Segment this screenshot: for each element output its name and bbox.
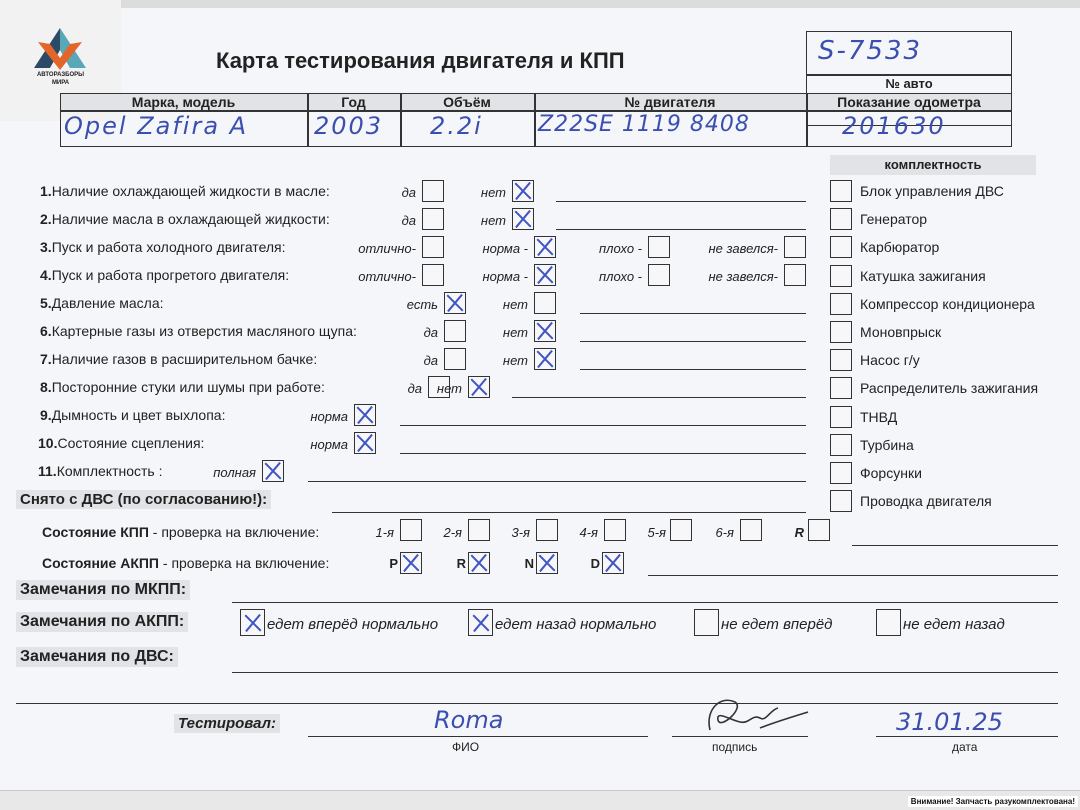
logo-mark-icon (32, 28, 88, 70)
auto-number-value: S-7533 (818, 36, 922, 66)
completeness-item-label: Турбина (860, 437, 914, 453)
completeness-item-label: Генератор (860, 211, 927, 227)
auto-number-label: № авто (806, 76, 1012, 91)
check-notes-field[interactable] (400, 453, 806, 454)
option-checkbox[interactable] (444, 292, 466, 314)
removed-parts-field[interactable] (332, 512, 806, 513)
check-row-label: 6.Картерные газы из отверстия масляного … (40, 323, 357, 339)
manual-gear-checkbox[interactable] (400, 519, 422, 541)
akpp-remark-label: не едет назад (903, 616, 1005, 633)
completeness-item-label: Форсунки (860, 465, 922, 481)
auto-gear-checkbox[interactable] (602, 552, 624, 574)
completeness-item-label: Моновпрыск (860, 324, 941, 340)
option-label: отлично- (358, 241, 416, 256)
page-title: Карта тестирования двигателя и КПП (216, 48, 625, 74)
completeness-item-label: Карбюратор (860, 239, 939, 255)
manual-gear-label: 1-я (375, 525, 394, 540)
option-checkbox[interactable] (422, 208, 444, 230)
check-row-label: 5.Давление масла: (40, 295, 164, 311)
tested-by-label: Тестировал: (174, 714, 280, 733)
option-checkbox[interactable] (422, 180, 444, 202)
check-row-label: 10.Состояние сцепления: (38, 435, 204, 451)
option-label: полная (213, 465, 256, 480)
option-label: да (402, 185, 416, 200)
option-label: есть (407, 297, 438, 312)
completeness-item-label: ТНВД (860, 409, 897, 425)
manual-gear-label: 3-я (511, 525, 530, 540)
manual-gear-checkbox[interactable] (670, 519, 692, 541)
option-label: да (402, 213, 416, 228)
option-label: норма - (482, 241, 528, 256)
check-row-label: 4.Пуск и работа прогретого двигателя: (40, 267, 289, 283)
auto-gear-label: P (389, 556, 398, 571)
header-year: Год (307, 94, 400, 110)
option-label: да (408, 381, 422, 396)
auto-gearbox-notes-field[interactable] (648, 575, 1058, 576)
header-engine-no: № двигателя (534, 94, 806, 110)
completeness-checkbox[interactable] (830, 377, 852, 399)
remarks-mkpp-label: Замечания по МКПП: (16, 580, 190, 600)
completeness-checkbox[interactable] (830, 434, 852, 456)
value-make-model: Opel Zafira A (64, 112, 248, 140)
completeness-checkbox[interactable] (830, 321, 852, 343)
option-checkbox[interactable] (422, 236, 444, 258)
auto-gear-checkbox[interactable] (536, 552, 558, 574)
option-checkbox[interactable] (468, 376, 490, 398)
completeness-checkbox[interactable] (830, 349, 852, 371)
option-label: нет (437, 381, 462, 396)
signature-caption: подпись (712, 740, 757, 754)
completeness-checkbox[interactable] (830, 236, 852, 258)
auto-gear-checkbox[interactable] (400, 552, 422, 574)
date-caption: дата (952, 740, 977, 754)
date-field[interactable] (876, 736, 1058, 737)
option-label: отлично- (358, 269, 416, 284)
auto-gear-label: R (457, 556, 466, 571)
check-row-label: 11.Комплектность : (38, 463, 163, 479)
date-value: 31.01.25 (896, 708, 1003, 736)
check-notes-field[interactable] (580, 341, 806, 342)
value-year: 2003 (314, 112, 383, 140)
manual-gear-checkbox[interactable] (808, 519, 830, 541)
option-checkbox[interactable] (648, 236, 670, 258)
akpp-remark-checkbox[interactable] (876, 609, 901, 636)
option-label: нет (503, 297, 528, 312)
completeness-item-label: Блок управления ДВС (860, 183, 1004, 199)
option-checkbox[interactable] (262, 460, 284, 482)
check-row-label: 3.Пуск и работа холодного двигателя: (40, 239, 286, 255)
option-checkbox[interactable] (534, 292, 556, 314)
completeness-checkbox[interactable] (830, 208, 852, 230)
check-row-label: 8.Посторонние стуки или шумы при работе: (40, 379, 325, 395)
option-checkbox[interactable] (784, 236, 806, 258)
option-checkbox[interactable] (512, 208, 534, 230)
removed-parts-label: Снято с ДВС (по согласованию!): (16, 490, 271, 509)
option-label: норма (310, 437, 348, 452)
check-notes-field[interactable] (556, 201, 806, 202)
manual-gear-checkbox[interactable] (604, 519, 626, 541)
akpp-remark-checkbox[interactable] (240, 609, 265, 636)
check-row-label: 9.Дымность и цвет выхлопа: (40, 407, 225, 423)
value-engine-no: Z22SE 1119 8408 (538, 112, 750, 137)
option-checkbox[interactable] (444, 348, 466, 370)
manual-gear-checkbox[interactable] (468, 519, 490, 541)
auto-gear-label: D (591, 556, 600, 571)
auto-gear-label: N (525, 556, 534, 571)
option-label: нет (481, 185, 506, 200)
option-checkbox[interactable] (422, 264, 444, 286)
remarks-extra-line[interactable] (16, 703, 1058, 704)
option-label: да (424, 325, 438, 340)
check-row-label: 2.Наличие масла в охлаждающей жидкости: (40, 211, 330, 227)
logo-text-line1: АВТОРАЗБОРЫ (0, 72, 121, 78)
completeness-item-label: Компрессор кондиционера (860, 296, 1035, 312)
akpp-remark-checkbox[interactable] (468, 609, 493, 636)
option-checkbox[interactable] (354, 432, 376, 454)
option-checkbox[interactable] (512, 180, 534, 202)
option-label: не завелся- (708, 241, 778, 256)
check-notes-field[interactable] (580, 369, 806, 370)
manual-gear-label: 4-я (579, 525, 598, 540)
signature-scribble-icon (700, 690, 810, 740)
check-notes-field[interactable] (400, 425, 806, 426)
footer-warning: Внимание! Запчасть разукомплектована! (908, 796, 1078, 807)
value-volume: 2.2i (430, 112, 483, 140)
option-checkbox[interactable] (534, 320, 556, 342)
option-label: плохо - (599, 269, 642, 284)
option-label: норма (310, 409, 348, 424)
completeness-item-label: Проводка двигателя (860, 493, 992, 509)
completeness-checkbox[interactable] (830, 180, 852, 202)
akpp-remark-checkbox[interactable] (694, 609, 719, 636)
tester-name-value: Roma (434, 706, 503, 734)
option-label: да (424, 353, 438, 368)
option-label: нет (503, 353, 528, 368)
check-row-label: 1.Наличие охлаждающей жидкости в масле: (40, 183, 330, 199)
completeness-checkbox[interactable] (830, 462, 852, 484)
check-row-label: 7.Наличие газов в расширительном бачке: (40, 351, 317, 367)
completeness-checkbox[interactable] (830, 406, 852, 428)
check-notes-field[interactable] (512, 397, 806, 398)
check-notes-field[interactable] (580, 313, 806, 314)
completeness-header: комплектность (830, 157, 1036, 172)
scan-bottom-edge: Внимание! Запчасть разукомплектована! (0, 790, 1080, 810)
auto-gear-checkbox[interactable] (468, 552, 490, 574)
header-odometer: Показание одометра (806, 94, 1012, 110)
manual-gearbox-label: Состояние КПП - проверка на включение: (42, 524, 319, 540)
remarks-mkpp-field[interactable] (232, 602, 1058, 603)
tester-name-caption: ФИО (452, 740, 479, 754)
option-checkbox[interactable] (534, 348, 556, 370)
manual-gear-label: 5-я (647, 525, 666, 540)
remarks-dvs-field[interactable] (232, 672, 1058, 673)
akpp-remark-label: едет назад нормально (495, 616, 656, 633)
tester-name-field[interactable] (308, 736, 648, 737)
option-label: нет (503, 325, 528, 340)
option-checkbox[interactable] (784, 264, 806, 286)
auto-gearbox-label: Состояние АКПП - проверка на включение: (42, 555, 329, 571)
akpp-remark-label: едет вперёд нормально (267, 616, 438, 633)
manual-gear-label: 2-я (443, 525, 462, 540)
option-label: плохо - (599, 241, 642, 256)
manual-gear-checkbox[interactable] (740, 519, 762, 541)
remarks-akpp-label: Замечания по АКПП: (16, 612, 188, 632)
option-label: нет (481, 213, 506, 228)
manual-gear-checkbox[interactable] (536, 519, 558, 541)
manual-gearbox-notes-field[interactable] (852, 545, 1058, 546)
completeness-item-label: Катушка зажигания (860, 268, 986, 284)
option-checkbox[interactable] (354, 404, 376, 426)
manual-gear-label: R (795, 525, 804, 540)
option-checkbox[interactable] (648, 264, 670, 286)
check-notes-field[interactable] (308, 481, 806, 482)
completeness-checkbox[interactable] (830, 265, 852, 287)
header-volume: Объём (400, 94, 534, 110)
check-notes-field[interactable] (556, 229, 806, 230)
completeness-item-label: Распределитель зажигания (860, 380, 1038, 396)
value-odometer: 201630 (842, 112, 946, 140)
akpp-remark-label: не едет вперёд (721, 616, 832, 633)
completeness-checkbox[interactable] (830, 293, 852, 315)
manual-gear-label: 6-я (715, 525, 734, 540)
completeness-item-label: Насос г/у (860, 352, 920, 368)
completeness-checkbox[interactable] (830, 490, 852, 512)
option-checkbox[interactable] (534, 236, 556, 258)
option-checkbox[interactable] (534, 264, 556, 286)
header-make-model: Марка, модель (60, 94, 307, 110)
logo-text-line2: МИРА (0, 80, 121, 86)
option-label: норма - (482, 269, 528, 284)
option-label: не завелся- (708, 269, 778, 284)
remarks-dvs-label: Замечания по ДВС: (16, 647, 178, 667)
option-checkbox[interactable] (444, 320, 466, 342)
